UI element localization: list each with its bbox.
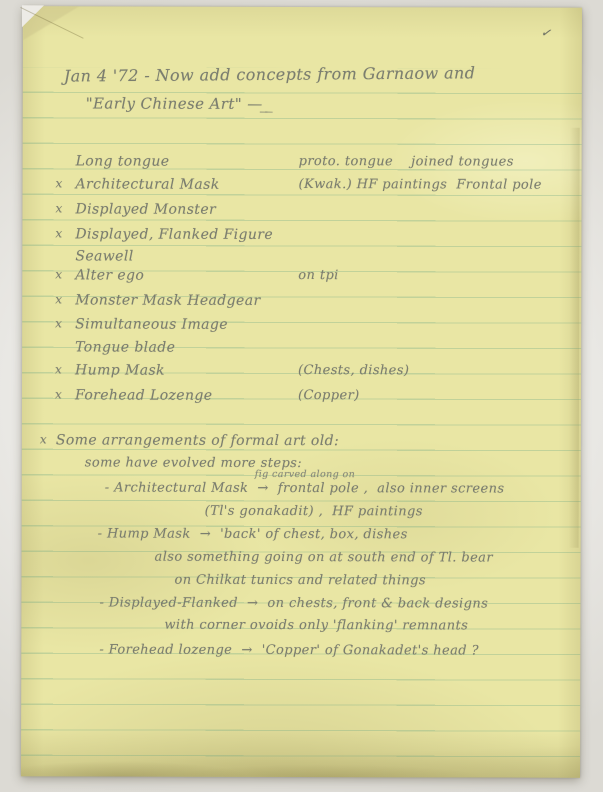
list-item: x Simultaneous Image bbox=[22, 316, 581, 339]
note-line: (Tl's gonakadit) , HF paintings bbox=[205, 504, 423, 520]
list-item: Long tongue proto. tongue joined tongues bbox=[23, 153, 582, 176]
paper-bottom-crease bbox=[21, 742, 580, 777]
item-label: Monster Mask Headgear bbox=[75, 292, 260, 308]
item-check-x: x bbox=[55, 292, 62, 306]
item-label: Architectural Mask bbox=[76, 176, 220, 192]
note-line: - Hump Mask → 'back' of chest, box, dish… bbox=[98, 526, 408, 542]
section-check-x: x bbox=[40, 432, 47, 446]
item-check-x: x bbox=[55, 267, 62, 281]
list-item: Tongue blade bbox=[22, 339, 581, 362]
note-line: with corner ovoids only 'flanking' remna… bbox=[164, 618, 468, 634]
list-item: x Forehead Lozenge (Copper) bbox=[22, 387, 581, 410]
title-heading: "Early Chinese Art" — ̲ ̲ bbox=[86, 94, 273, 112]
item-check-x: x bbox=[55, 226, 62, 240]
item-label: Long tongue bbox=[76, 153, 170, 169]
note-line: - Architectural Mask → frontal pole , al… bbox=[105, 480, 505, 496]
note-line: - Displayed-Flanked → on chests, front &… bbox=[99, 595, 488, 611]
item-note: (Chests, dishes) bbox=[298, 363, 409, 378]
item-note: on tpi bbox=[298, 268, 338, 283]
notebook-page: ✓ Jan 4 '72 - Now add concepts from Garn… bbox=[21, 6, 582, 777]
note-line: on Chilkat tunics and related things bbox=[174, 573, 425, 589]
item-check-x: x bbox=[55, 316, 62, 330]
list-item: x Displayed, Flanked Figure bbox=[22, 226, 581, 249]
item-label: Seawell bbox=[75, 248, 133, 264]
note-line: - Forehead lozenge → 'Copper' of Gonakad… bbox=[99, 642, 479, 658]
list-item: x Monster Mask Headgear bbox=[22, 292, 581, 315]
list-item: x Hump Mask (Chests, dishes) bbox=[22, 362, 581, 385]
item-label: Displayed, Flanked Figure bbox=[75, 226, 273, 243]
list-item: x Alter ego on tpi bbox=[22, 267, 581, 290]
item-note: (Copper) bbox=[298, 388, 360, 403]
date-heading: Jan 4 '72 - Now add concepts from Garnao… bbox=[64, 63, 476, 85]
item-label: Hump Mask bbox=[75, 362, 165, 378]
item-label: Simultaneous Image bbox=[75, 316, 228, 332]
item-check-x: x bbox=[55, 387, 62, 401]
corner-checkmark: ✓ bbox=[540, 25, 552, 40]
list-item: x Architectural Mask (Kwak.) HF painting… bbox=[23, 176, 582, 199]
item-label: Tongue blade bbox=[75, 339, 175, 355]
item-check-x: x bbox=[55, 362, 62, 376]
item-note: (Kwak.) HF paintings Frontal pole bbox=[299, 177, 542, 193]
item-note: proto. tongue joined tongues bbox=[299, 154, 514, 170]
item-check-x: x bbox=[55, 201, 62, 215]
item-label: Alter ego bbox=[75, 267, 144, 283]
item-label: Forehead Lozenge bbox=[75, 387, 213, 403]
item-check-x: x bbox=[56, 176, 63, 190]
list-item: x Displayed Monster bbox=[22, 201, 581, 224]
note-line: Some arrangements of formal art old: bbox=[56, 432, 339, 449]
interlinear-note: fig carved along on bbox=[255, 469, 355, 480]
item-label: Displayed Monster bbox=[75, 201, 216, 217]
note-line: also something going on at south end of … bbox=[155, 550, 493, 566]
